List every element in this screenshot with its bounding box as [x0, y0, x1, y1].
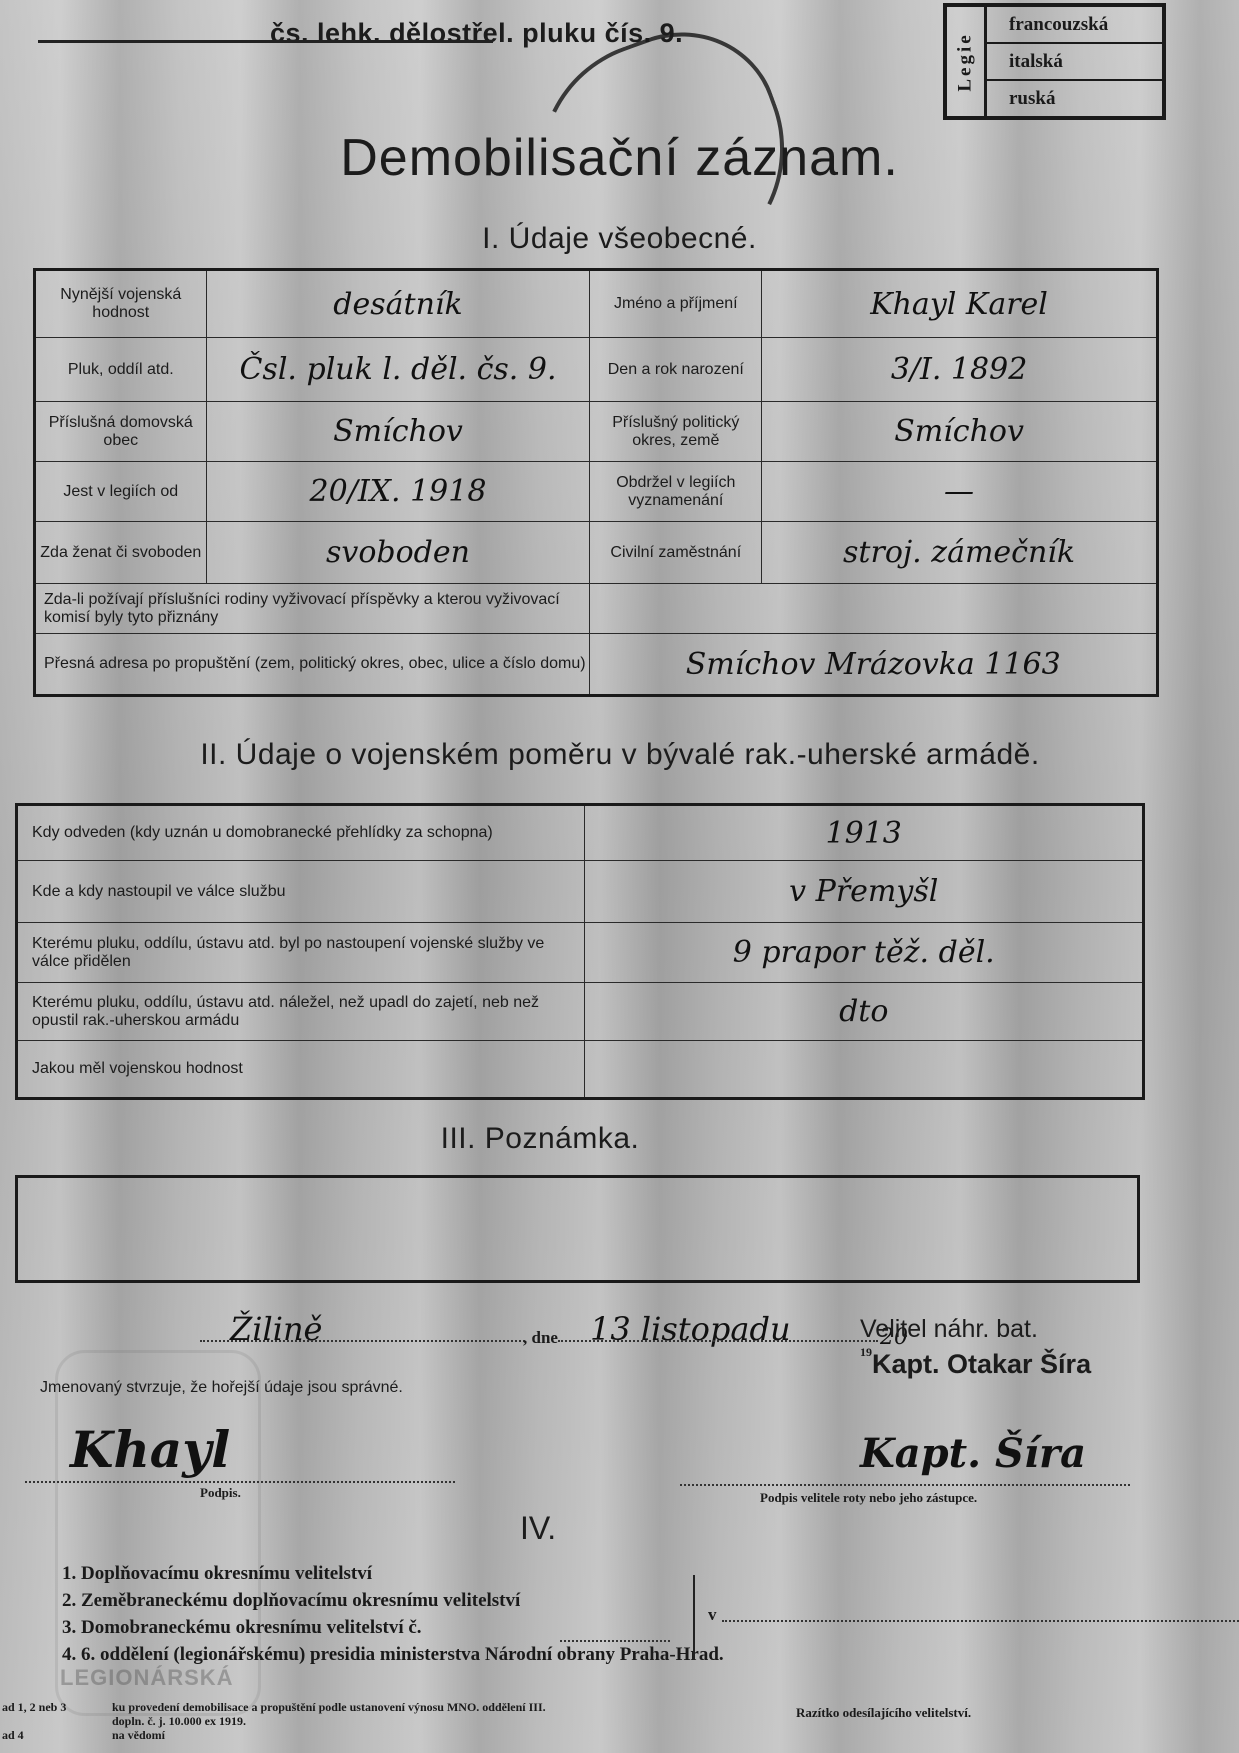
place-value: Žilině	[230, 1310, 322, 1348]
distribution-item-3: 3. Domobraneckému okresnímu velitelství …	[62, 1614, 724, 1641]
label-address-after-discharge: Přesná adresa po propuštění (zem, politi…	[35, 634, 590, 696]
year-prefix: 19	[860, 1345, 872, 1360]
value-conscripted: 1913	[585, 805, 1144, 861]
austro-hungarian-service-table: Kdy odveden (kdy uznán u domobranecké př…	[15, 803, 1145, 1100]
legie-option-french: francouzská	[987, 7, 1162, 44]
commander-signature-line	[680, 1484, 1130, 1486]
general-data-table: Nynější vojenská hodnost desátník Jméno …	[33, 268, 1159, 697]
label-former-rank: Jakou měl vojenskou hodnost	[17, 1041, 585, 1099]
legie-box: Legie francouzská italská ruská	[943, 3, 1166, 120]
value-legion-since: 20/IX. 1918	[206, 462, 590, 522]
soldier-signature-line	[25, 1481, 455, 1483]
stamp-label: Razítko odesílajícího velitelství.	[796, 1705, 971, 1721]
soldier-signature-label: Podpis.	[200, 1485, 241, 1501]
value-address-after-discharge: Smíchov Mrázovka 1163	[590, 634, 1158, 696]
footnote-ref-1: ad 1, 2 neb 3	[2, 1700, 112, 1714]
date-dotted-line	[558, 1340, 878, 1342]
commander-title-stamp: Velitel náhr. bat.	[860, 1315, 1038, 1344]
label-assigned-unit: Kterému pluku, oddílu, ústavu atd. byl p…	[17, 923, 585, 983]
place-dotted-line	[200, 1340, 525, 1342]
item-3-number-line	[560, 1640, 670, 1642]
label-home-municipality: Příslušná domovská obec	[35, 402, 207, 462]
label-occupation: Civilní zaměstnání	[590, 522, 762, 584]
value-marital-status: svoboden	[206, 522, 590, 584]
date-value: 13 listopadu	[590, 1310, 791, 1348]
v-dotted-line	[722, 1620, 1239, 1622]
label-legion-since: Jest v legiích od	[35, 462, 207, 522]
value-service-start: v Přemyšl	[585, 861, 1144, 923]
label-birth-date: Den a rok narození	[590, 338, 762, 402]
commander-name-stamp: Kapt. Otakar Šíra	[872, 1349, 1091, 1380]
section-2-title: II. Údaje o vojenském poměru v bývalé ra…	[40, 738, 1200, 772]
confirmation-text: Jmenovaný stvrzuje, že hořejší údaje jso…	[40, 1378, 430, 1397]
section-4-title: IV.	[520, 1510, 556, 1547]
header-underline	[38, 40, 493, 43]
document-title: Demobilisační záznam.	[0, 128, 1239, 188]
dne-label: , dne	[523, 1328, 558, 1348]
value-decorations: —	[762, 462, 1158, 522]
footnote-ref-2: ad 4	[2, 1728, 112, 1742]
value-family-allowance	[590, 584, 1158, 634]
value-regiment: Čsl. pluk l. děl. čs. 9.	[206, 338, 590, 402]
legie-option-russian: ruská	[987, 81, 1162, 116]
distribution-item-2: 2. Zeměbraneckému doplňovacímu okresnímu…	[62, 1587, 724, 1614]
legie-option-italian: italská	[987, 44, 1162, 81]
footnote-text-1: ku provedení demobilisace a propuštění p…	[112, 1700, 572, 1728]
label-decorations: Obdržel v legiích vyznamenání	[590, 462, 762, 522]
commander-signature-label: Podpis velitele roty nebo jeho zástupce.	[760, 1490, 977, 1506]
footnote-text-2: na vědomí	[112, 1728, 165, 1742]
label-name: Jméno a příjmení	[590, 270, 762, 338]
value-assigned-unit: 9 prapor těž. děl.	[585, 923, 1144, 983]
remark-box	[15, 1175, 1140, 1283]
commander-signature: Kapt. Šíra	[860, 1430, 1086, 1477]
value-political-district: Smíchov	[762, 402, 1158, 462]
value-occupation: stroj. zámečník	[762, 522, 1158, 584]
label-conscripted: Kdy odveden (kdy uznán u domobranecké př…	[17, 805, 585, 861]
value-home-municipality: Smíchov	[206, 402, 590, 462]
label-political-district: Příslušný politický okres, země	[590, 402, 762, 462]
label-service-start: Kde a kdy nastoupil ve válce službu	[17, 861, 585, 923]
value-name: Khayl Karel	[762, 270, 1158, 338]
distribution-list: 1. Doplňovacímu okresnímu velitelství 2.…	[62, 1560, 724, 1668]
value-unit-before-capture: dto	[585, 983, 1144, 1041]
legie-label: Legie	[947, 7, 987, 116]
brace	[683, 1575, 695, 1660]
section-3-title: III. Poznámka.	[0, 1122, 1080, 1156]
archive-watermark-text: LEGIONÁRSKÁ	[60, 1665, 234, 1691]
soldier-signature: Khayl	[70, 1420, 230, 1479]
unit-header: čs. lehk. dělostřel. pluku čís. 9.	[270, 18, 683, 49]
v-label: v	[708, 1605, 717, 1625]
value-former-rank	[585, 1041, 1144, 1099]
footnotes: ad 1, 2 neb 3ku provedení demobilisace a…	[2, 1700, 572, 1742]
label-regiment: Pluk, oddíl atd.	[35, 338, 207, 402]
label-rank: Nynější vojenská hodnost	[35, 270, 207, 338]
value-birth-date: 3/I. 1892	[762, 338, 1158, 402]
distribution-item-4: 4. 6. oddělení (legionářskému) presidia …	[62, 1641, 724, 1668]
distribution-item-1: 1. Doplňovacímu okresnímu velitelství	[62, 1560, 724, 1587]
label-marital-status: Zda ženat či svoboden	[35, 522, 207, 584]
value-rank: desátník	[206, 270, 590, 338]
label-unit-before-capture: Kterému pluku, oddílu, ústavu atd. nálež…	[17, 983, 585, 1041]
label-family-allowance: Zda-li požívají příslušníci rodiny vyživ…	[35, 584, 590, 634]
section-1-title: I. Údaje všeobecné.	[0, 222, 1239, 256]
